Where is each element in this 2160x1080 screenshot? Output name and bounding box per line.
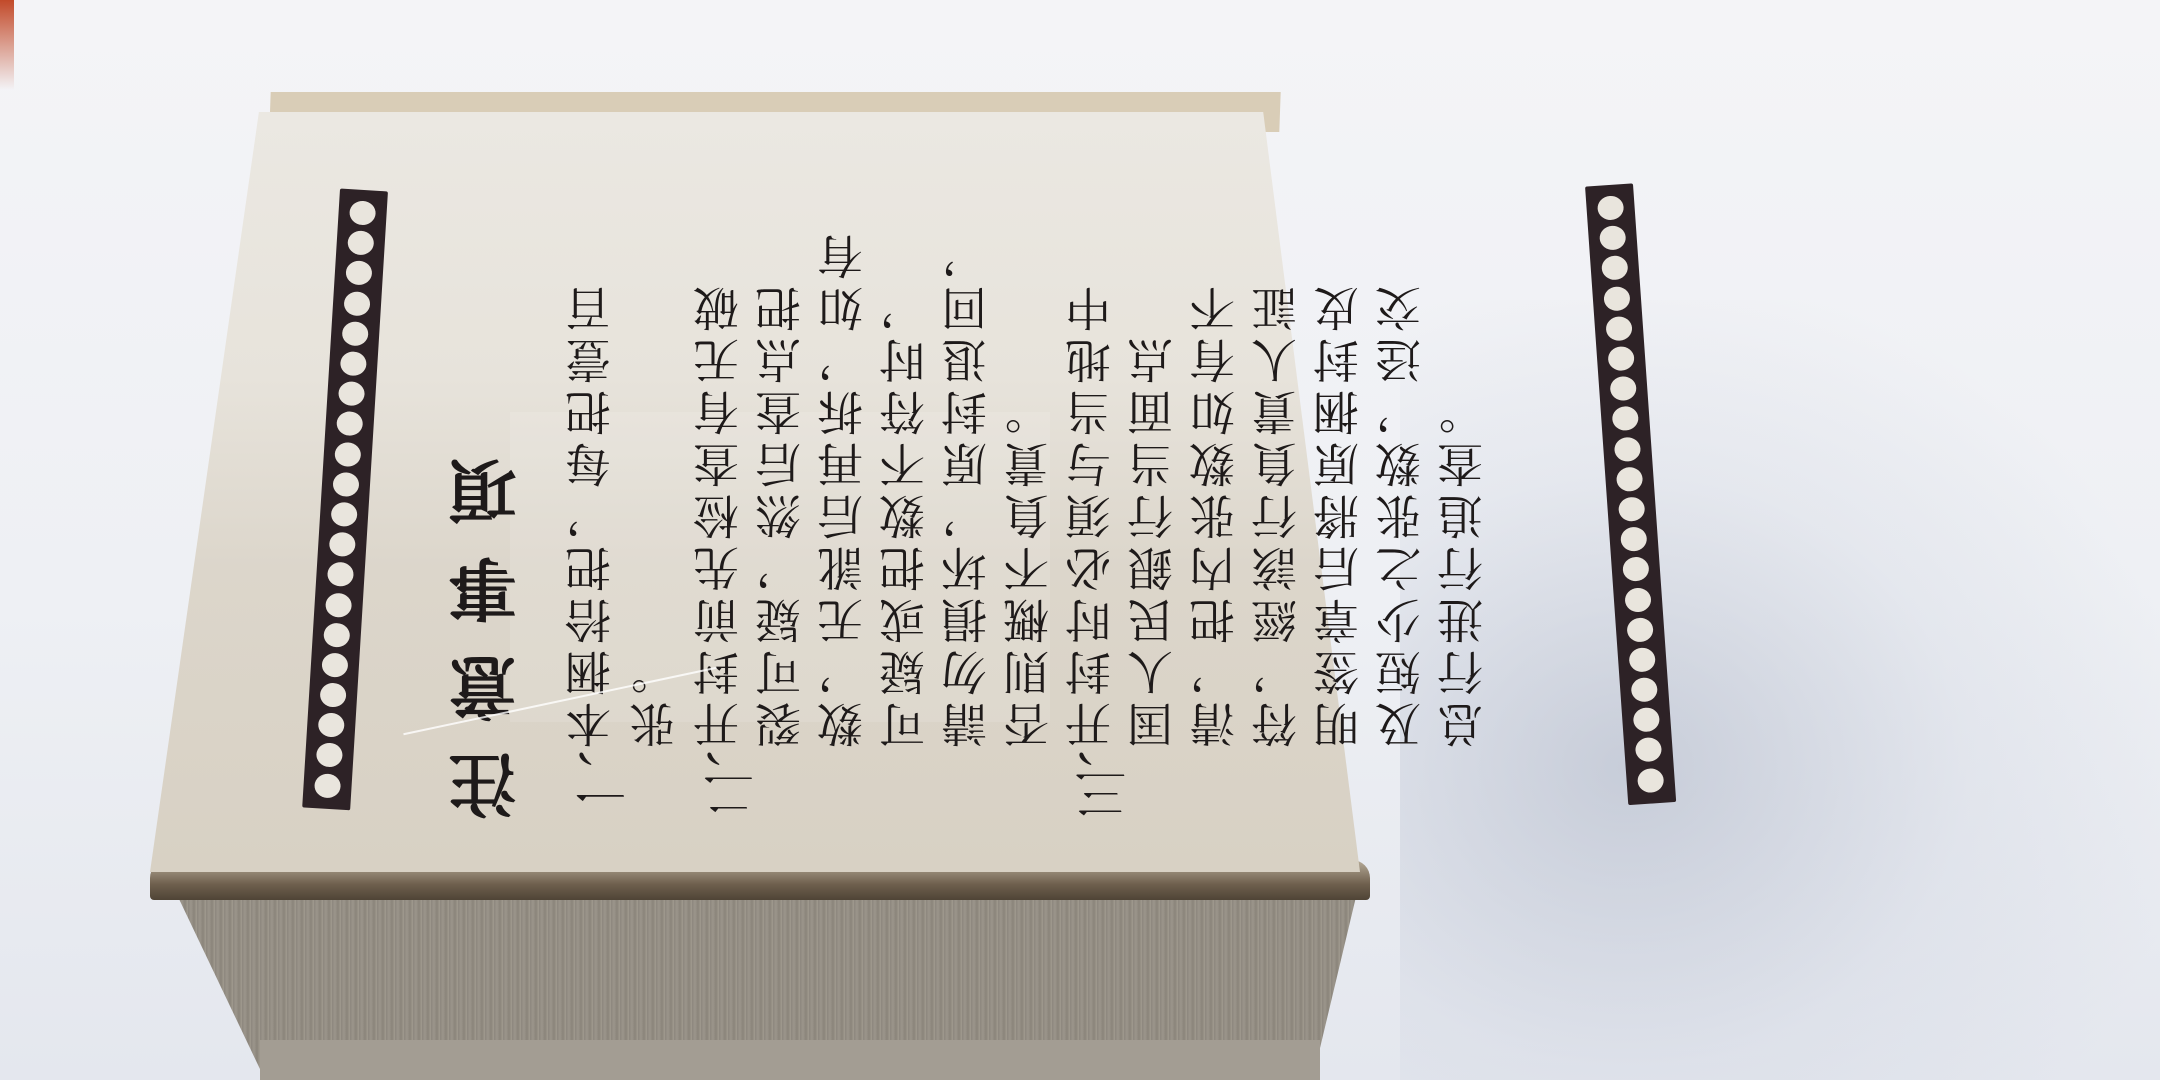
item-line: 数，无訛后再拆，如有	[820, 228, 866, 748]
item-line: 开封前先检查有无破	[696, 280, 742, 748]
item-line: 否則概不負責。	[1006, 384, 1052, 748]
item-line: 总行进行追查。	[1440, 384, 1486, 748]
bundle-band	[260, 1040, 1320, 1080]
notice-text: 注意事項 一、 本捆拾把，每把壹百 张。 二、 开封前先检查有无破 裂可疑，然后…	[400, 180, 1550, 820]
corner-tint	[0, 0, 14, 90]
item-line: 本捆拾把，每把壹百	[568, 280, 614, 748]
item-line: 及短少之张数，迳交	[1378, 280, 1424, 748]
item-line: 张。	[632, 644, 678, 748]
item-line: 清，把内张数如有不	[1192, 280, 1238, 748]
item-line: 国人民銀行当面点	[1130, 332, 1176, 748]
item-line: 請勿損坏，原封退回，	[944, 228, 990, 748]
item-line: 明签章后將原捆封皮	[1316, 280, 1362, 748]
item-line: 可疑或把数不符时，	[882, 280, 928, 748]
notice-title: 注意事項	[440, 270, 537, 820]
item-line: 开封时必須与当地中	[1068, 280, 1114, 748]
item-line: 符，經該行負責人証	[1254, 280, 1300, 748]
item-line: 裂可疑，然后查点把	[758, 280, 804, 748]
